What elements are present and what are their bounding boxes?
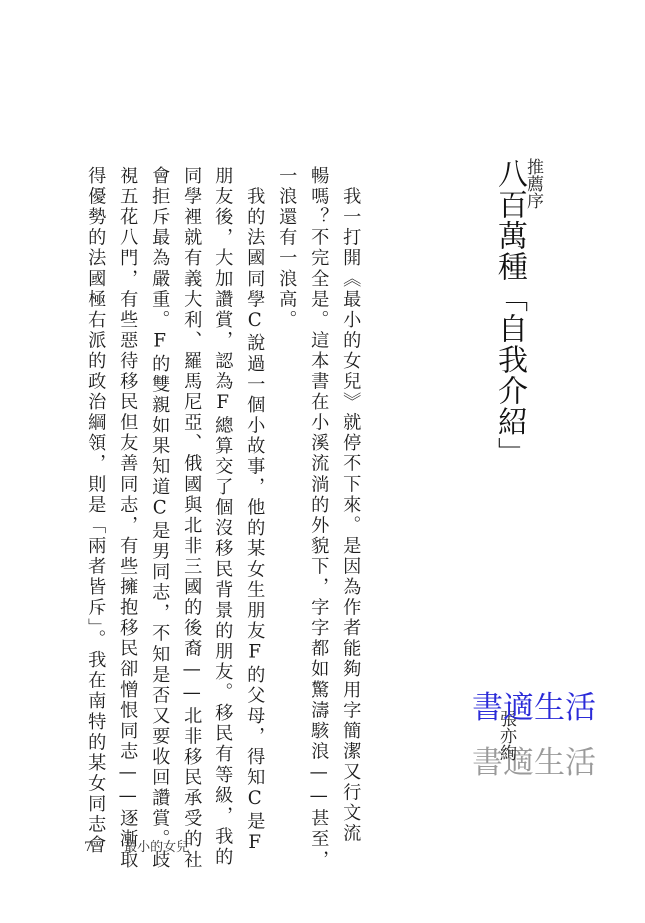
body-column-4: 我的法國同學C說過一個小故事，他的某女生朋友F的父母，得知C是F [245, 166, 263, 855]
watermark-gray: 書適生活 [472, 748, 596, 779]
body-column-1: 我一打開《最小的女兒》就停不下來。是因為作者能夠用字簡潔又行文流 [341, 166, 359, 844]
body-column-2: 暢嗎？不完全是。這本書在小溪流淌的外貌下，字字都如驚濤駭浪——甚至， [309, 166, 327, 870]
book-page: 推薦序 八百萬種「自我介紹」 我一打開《最小的女兒》就停不下來。是因為作者能夠用… [0, 0, 645, 923]
body-column-9: 得優勢的法國極右派的政治綱領，則是「兩者皆斥」。我在南特的某女同志會 [86, 166, 104, 856]
chapter-title: 八百萬種「自我介紹」 [494, 158, 524, 468]
body-column-8: 視五花八門，有些惡待移民但友善同志，有些擁抱移民卻憎恨同志——逐漸取 [118, 166, 136, 870]
body-column-5: 朋友後，大加讚賞，認為F總算交了個沒移民背景的朋友。移民有等級，我的 [213, 166, 231, 868]
watermark-blue: 書適生活 [472, 693, 596, 724]
page-footer: 7 最小的女兒 [84, 836, 189, 855]
body-column-3: 一浪還有一浪高。 [277, 166, 295, 330]
body-column-7: 會拒斥最為嚴重。F的雙親如果知道C是男同志，不知是否又要收回讚賞。歧 [150, 166, 168, 870]
body-column-6: 同學裡就有義大利、羅馬尼亞、俄國與北非三國的後裔——北非移民承受的社 [182, 166, 200, 870]
running-title: 最小的女兒 [124, 840, 189, 855]
page-number: 7 [84, 840, 120, 855]
